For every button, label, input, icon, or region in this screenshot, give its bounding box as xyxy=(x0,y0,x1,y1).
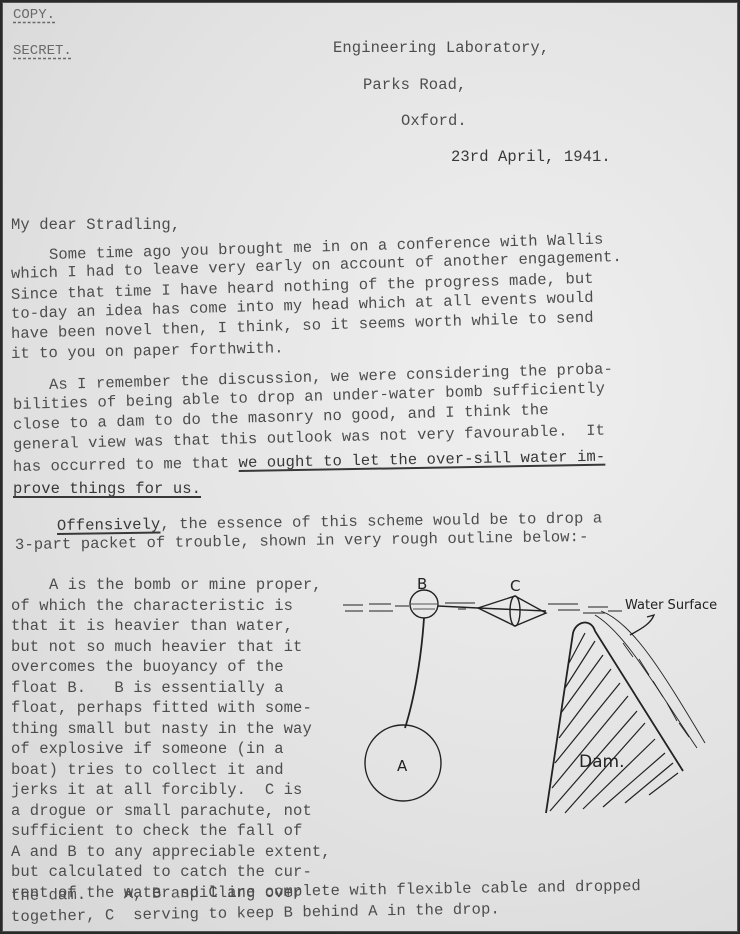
paragraph-4-line: but not so much heavier that it xyxy=(11,638,302,657)
cable xyxy=(405,618,424,728)
paragraph-4-line: sufficient to check the fall of xyxy=(11,822,302,841)
paragraph-4-line: boat) tries to collect it and xyxy=(11,761,284,780)
paragraph-4-line: a drogue or small parachute, not xyxy=(11,802,312,821)
underlined-emphasis-continued: prove things for us. xyxy=(13,480,201,499)
paragraph-4-line: float B. B is essentially a xyxy=(11,679,284,698)
paragraph-4-line: that it is heavier than water, xyxy=(11,617,293,636)
paragraph-4-line: jerks it at all forcibly. C is xyxy=(11,781,302,800)
address-line-1: Engineering Laboratory, xyxy=(333,39,549,58)
copy-stamp: COPY. xyxy=(13,7,55,23)
label-water-surface: Water Surface xyxy=(625,598,717,613)
letter-page: COPY. SECRET. Engineering Laboratory, Pa… xyxy=(2,2,738,932)
paragraph-4-line: float, perhaps fitted with some- xyxy=(11,699,312,718)
label-a: A xyxy=(397,757,408,775)
label-c: C xyxy=(510,577,520,595)
paragraph-4-line: A and B to any appreciable extent, xyxy=(11,843,331,862)
address-line-2: Parks Road, xyxy=(363,76,466,95)
salutation: My dear Stradling, xyxy=(11,216,180,235)
underlined-word: Offensively xyxy=(57,516,161,535)
label-dam: Dam. xyxy=(579,752,624,772)
paragraph-4-line: of explosive if someone (in a xyxy=(11,740,284,759)
paragraph-4-line: but calculated to catch the cur- xyxy=(11,863,312,882)
secret-stamp: SECRET. xyxy=(13,43,72,59)
paragraph-1-line: it to you on paper forthwith. xyxy=(11,339,284,364)
plain-text: has occurred to me that xyxy=(13,454,239,476)
spilling-water xyxy=(595,611,705,748)
address-line-3: Oxford. xyxy=(401,112,467,131)
paragraph-4-line: thing small but nasty in the way xyxy=(11,720,312,739)
letter-date: 23rd April, 1941. xyxy=(451,148,611,167)
paragraph-4-line: A is the bomb or mine proper, xyxy=(49,576,322,595)
label-b: B xyxy=(417,575,427,593)
bomb-diagram: B C A Dam. Water Surface xyxy=(333,563,738,843)
underlined-emphasis: we ought to let the over-sill water im- xyxy=(238,448,605,472)
paragraph-4-line: overcomes the buoyancy of the xyxy=(11,658,284,677)
paragraph-4-line: of which the characteristic is xyxy=(11,597,293,616)
